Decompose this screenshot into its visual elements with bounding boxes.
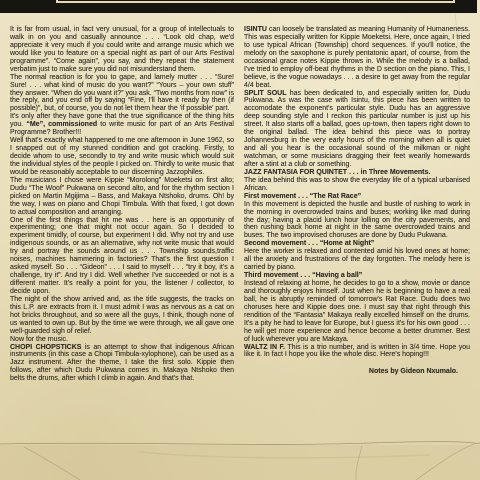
- liner-notes-left-column: It is far from usual, in fact very unusu…: [10, 26, 234, 383]
- track-title-chopi-chopsticks: CHOPI CHOPSTICKS: [10, 344, 81, 351]
- movement-title-third: Third movement . . . “Having a ball”: [244, 272, 470, 280]
- paragraph: Now for the music.: [10, 336, 234, 344]
- paragraph: CHOPI CHOPSTICKS is an attempt to show t…: [10, 344, 234, 384]
- emphasis-commissioned: “Me”, commissioned: [26, 121, 97, 128]
- paper-bottom-shade: [0, 445, 480, 480]
- paragraph: The normal reaction is for you to gape, …: [10, 74, 234, 114]
- paragraph: Instead of relaxing at home, he decides …: [244, 280, 470, 344]
- paragraph: Here the worker is relaxed and contented…: [244, 248, 470, 272]
- liner-notes-page: { "colors": { "paper": "#e9dfbb", "ink":…: [0, 0, 480, 480]
- paragraph: The musicians I chose were Kippie “Morol…: [10, 177, 234, 217]
- liner-notes-right-column: ISINTU can loosely be translated as mean…: [244, 26, 470, 376]
- cover-edge-black-bar: [0, 0, 477, 13]
- paragraph: WALTZ IN F. This is a trio number, and i…: [244, 344, 470, 360]
- movement-title-first: First movement . . . “The Rat Race”: [244, 193, 470, 201]
- track-title-split-soul: SPLIT SOUL: [244, 90, 287, 97]
- paragraph: It's only after they have gone that the …: [10, 113, 234, 137]
- paragraph: One of the first things that hit me was …: [10, 217, 234, 296]
- paragraph: The night of the show arrived and, as th…: [10, 296, 234, 336]
- paragraph: In this movement is depicted the hustle …: [244, 201, 470, 241]
- track-title-isintu: ISINTU: [244, 26, 267, 33]
- paragraph: It is far from usual, in fact very unusu…: [10, 26, 234, 74]
- track-title-jazz-fantasia: JAZZ FANTASIA FOR QUINTET . . . in Three…: [244, 169, 470, 177]
- paragraph: Well that's exactly what happened to me …: [10, 137, 234, 177]
- paragraph: The idea behind this was to show the eve…: [244, 177, 470, 193]
- paragraph: ISINTU can loosely be translated as mean…: [244, 26, 470, 90]
- author-signature: Notes by Gideon Nxumalo.: [244, 368, 470, 376]
- track-title-waltz-in-f: WALTZ IN F.: [244, 344, 285, 351]
- paragraph: SPLIT SOUL has been dedicated to, and es…: [244, 90, 470, 169]
- cover-inner-frame-line: [56, 0, 455, 3]
